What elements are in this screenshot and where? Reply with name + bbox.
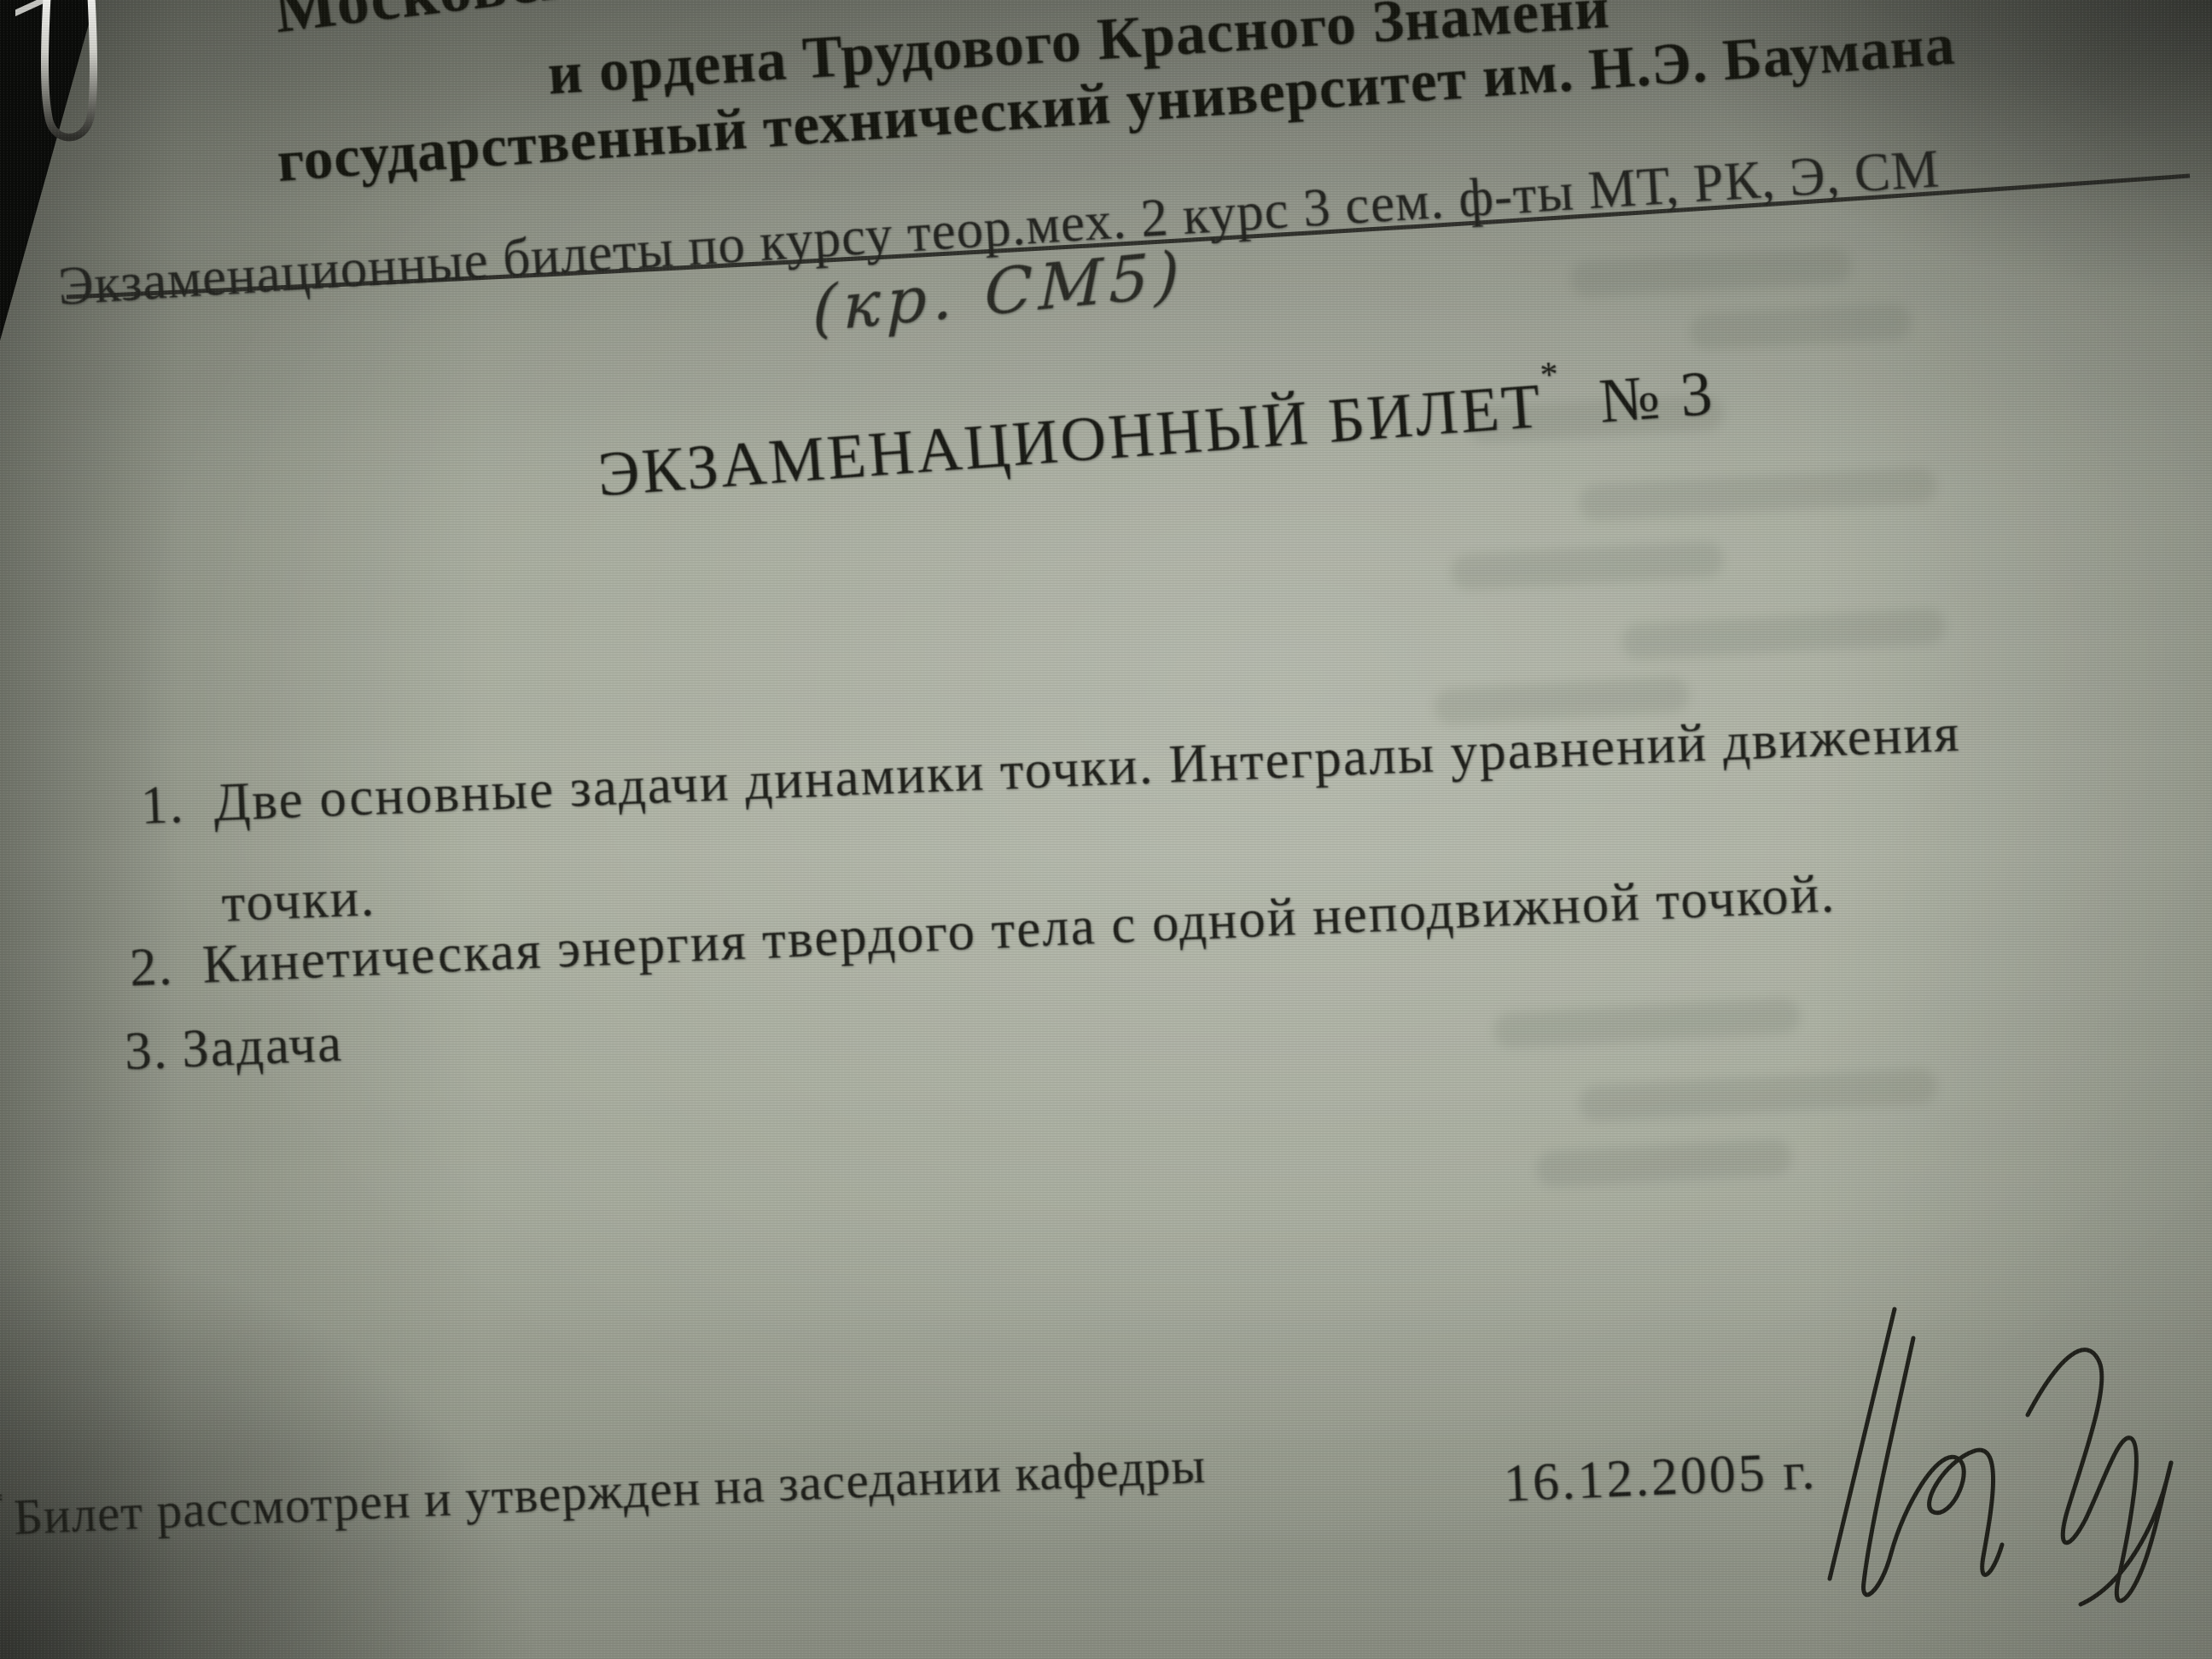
- question-1-text: Две основные задачи динамики точки. Инте…: [212, 702, 1962, 832]
- approval-note: *Билет рассмотрен и утвержден на заседан…: [0, 1434, 1207, 1548]
- question-2-number: 2.: [128, 935, 174, 999]
- ticket-footnote-marker: *: [1539, 355, 1559, 395]
- question-2-text: Кинетическая энергия твердого тела с одн…: [201, 864, 1837, 994]
- ticket-number: № 3: [1597, 358, 1717, 437]
- paper-clip: [15, 0, 143, 178]
- question-1: 1.Две основные задачи динамики точки. Ин…: [140, 701, 1962, 837]
- question-1-text-continuation: точки.: [220, 866, 376, 934]
- question-3-number: 3.: [124, 1019, 170, 1083]
- bleed-through-line: [1621, 608, 1947, 661]
- bleed-through-line: [1535, 1138, 1793, 1188]
- question-3: 3.Задача: [124, 1012, 345, 1083]
- exam-ticket-photo: Московский орде и ордена Трудового Красн…: [0, 0, 2212, 1659]
- bleed-through-line: [1578, 467, 1938, 521]
- bleed-through-line: [1450, 541, 1725, 591]
- question-2: 2.Кинетическая энергия твердого тела с о…: [128, 863, 1837, 999]
- question-1-number: 1.: [140, 773, 186, 837]
- approval-date: 16.12.2005 г.: [1503, 1441, 1819, 1515]
- approval-footnote-marker: *: [0, 1486, 5, 1518]
- approval-note-text: Билет рассмотрен и утвержден на заседани…: [13, 1437, 1208, 1545]
- question-3-text: Задача: [181, 1013, 344, 1080]
- bleed-through-line: [1493, 998, 1802, 1050]
- signature: [1799, 1304, 2200, 1628]
- bleed-through-line: [1578, 1068, 1938, 1122]
